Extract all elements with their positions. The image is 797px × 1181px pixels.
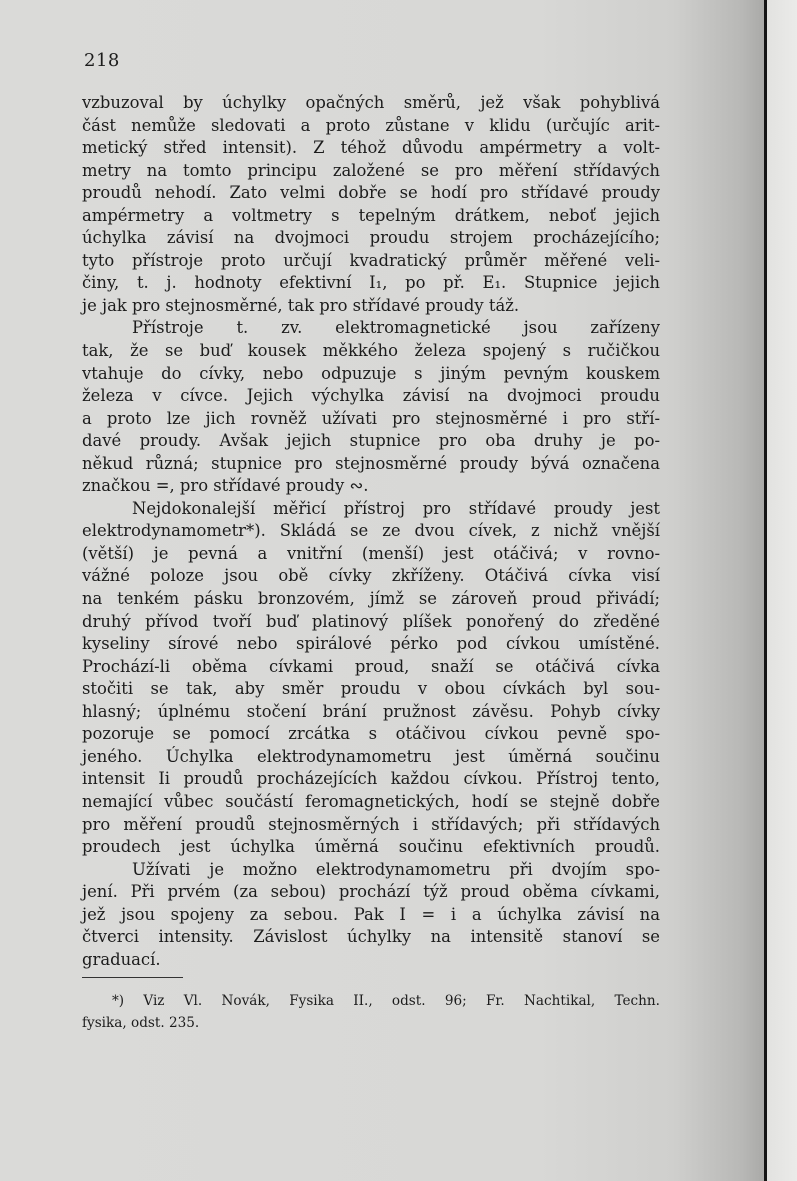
paragraph-3: Nejdokonalejší měřicí přístroj pro stříd… (82, 498, 660, 859)
footnote-line: *) Viz Vl. Novák, Fysika II., odst. 96; … (82, 990, 660, 1012)
text-line: tyto přístroje proto určují kvadratický … (82, 250, 660, 273)
text-line: čtverci intensity. Závislost úchylky na … (82, 926, 660, 949)
text-line: jení. Při prvém (za sebou) prochází týž … (82, 881, 660, 904)
footnote-divider (82, 977, 183, 978)
paragraph-2: Přístroje t. zv. elektromagnetické jsou … (82, 317, 660, 497)
text-line: ampérmetry a voltmetry s tepelným drátke… (82, 205, 660, 228)
text-line: jeného. Úchylka elektrodynamometru jest … (82, 746, 660, 769)
text-line: elektrodynamometr*). Skládá se ze dvou c… (82, 520, 660, 543)
text-line: značkou =, pro střídavé proudy ∾. (82, 475, 660, 498)
text-line: tak, že se buď kousek měkkého železa spo… (82, 340, 660, 363)
paragraph-1: vzbuzoval by úchylky opačných směrů, jež… (82, 92, 660, 317)
text-line: (větší) je pevná a vnitřní (menší) jest … (82, 543, 660, 566)
text-line: proudech jest úchylka úměrná součinu efe… (82, 836, 660, 859)
text-line: je jak pro stejnosměrné, tak pro střídav… (82, 295, 660, 318)
paragraph-4: Užívati je možno elektrodynamometru při … (82, 859, 660, 972)
text-line: vzbuzoval by úchylky opačných směrů, jež… (82, 92, 660, 115)
text-line: stočiti se tak, aby směr proudu v obou c… (82, 678, 660, 701)
text-line: někud různá; stupnice pro stejnosměrné p… (82, 453, 660, 476)
body-text: vzbuzoval by úchylky opačných směrů, jež… (82, 92, 660, 971)
page-number: 218 (84, 50, 120, 71)
text-line: vtahuje do cívky, nebo odpuzuje s jiným … (82, 363, 660, 386)
text-line: hlasný; úplnému stočení brání pružnost z… (82, 701, 660, 724)
text-line: úchylka závisí na dvojmoci proudu stroje… (82, 227, 660, 250)
text-line: na tenkém pásku bronzovém, jímž se zárov… (82, 588, 660, 611)
text-line: Přístroje t. zv. elektromagnetické jsou … (82, 317, 660, 340)
text-line: železa v cívce. Jejich výchylka závisí n… (82, 385, 660, 408)
text-line: kyseliny sírové nebo spirálové pérko pod… (82, 633, 660, 656)
text-line: Užívati je možno elektrodynamometru při … (82, 859, 660, 882)
text-line: činy, t. j. hodnoty efektivní I₁, po př.… (82, 272, 660, 295)
text-line: a proto lze jich rovněž užívati pro stej… (82, 408, 660, 431)
adjacent-page-strip (767, 0, 797, 1181)
text-line: metry na tomto principu založené se pro … (82, 160, 660, 183)
text-line: část nemůže sledovati a proto zůstane v … (82, 115, 660, 138)
text-line: pro měření proudů stejnosměrných i stříd… (82, 814, 660, 837)
text-line: Prochází-li oběma cívkami proud, snaží s… (82, 656, 660, 679)
text-line: Nejdokonalejší měřicí přístroj pro stříd… (82, 498, 660, 521)
text-line: jež jsou spojeny za sebou. Pak I = i a ú… (82, 904, 660, 927)
footnote: *) Viz Vl. Novák, Fysika II., odst. 96; … (82, 990, 660, 1034)
text-line: vážné poloze jsou obě cívky zkříženy. Ot… (82, 565, 660, 588)
footnote-line: fysika, odst. 235. (82, 1012, 660, 1034)
text-line: graduací. (82, 949, 660, 972)
text-line: intensit Ii proudů procházejících každou… (82, 768, 660, 791)
text-line: pozoruje se pomocí zrcátka s otáčivou cí… (82, 723, 660, 746)
text-line: druhý přívod tvoří buď platinový plíšek … (82, 611, 660, 634)
text-line: nemající vůbec součástí feromagnetických… (82, 791, 660, 814)
text-line: metický střed intensit). Z téhož důvodu … (82, 137, 660, 160)
text-line: proudů nehodí. Zato velmi dobře se hodí … (82, 182, 660, 205)
text-line: davé proudy. Avšak jejich stupnice pro o… (82, 430, 660, 453)
